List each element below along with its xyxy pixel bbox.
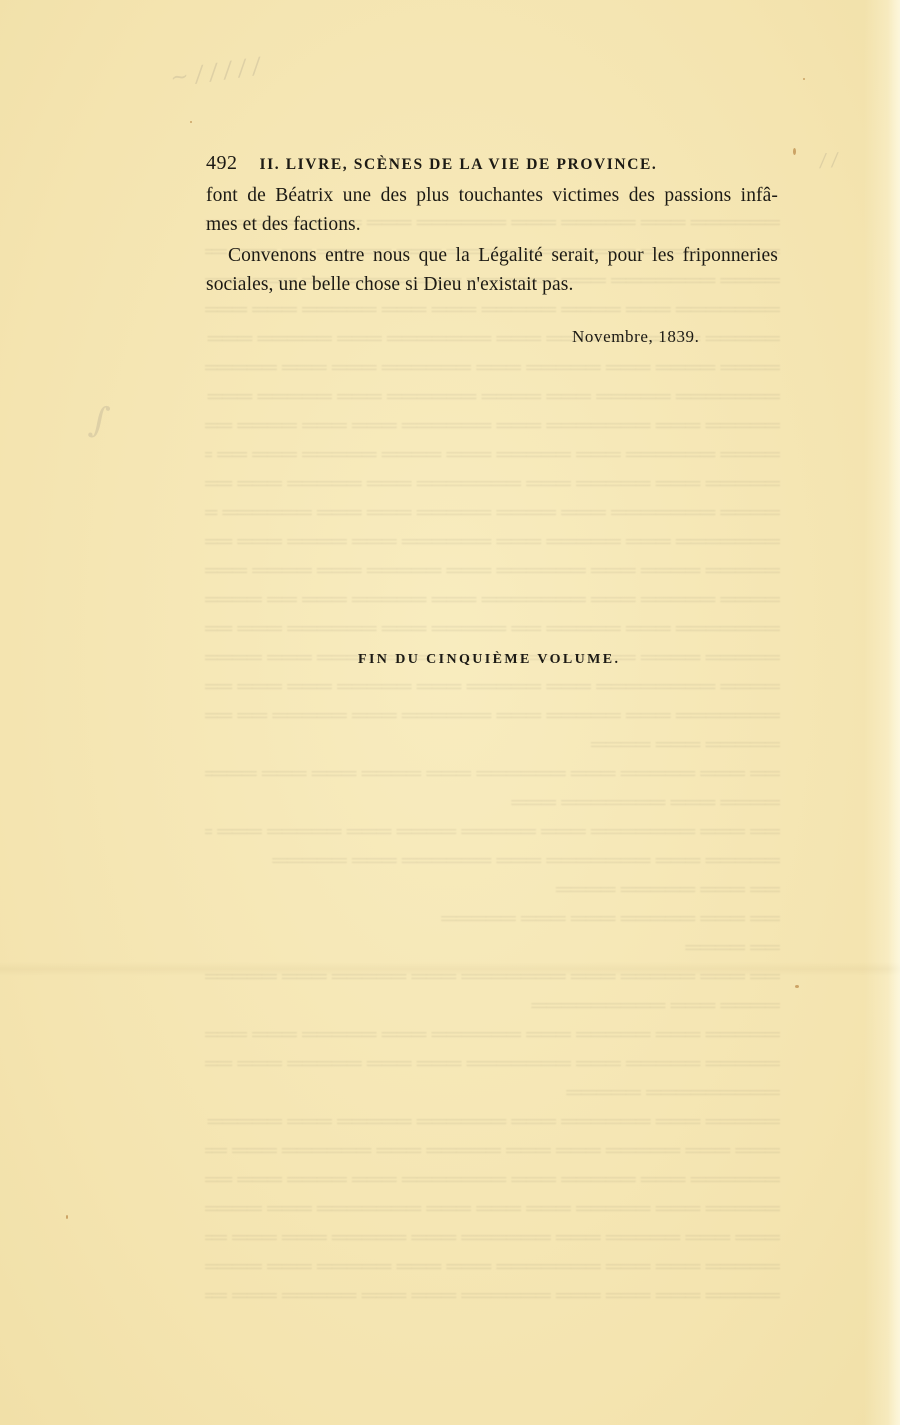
running-head: 492 II. LIVRE, SCÈNES DE LA VIE DE PROVI… xyxy=(206,152,781,175)
page-fold-line xyxy=(0,962,900,976)
paper-speck xyxy=(795,985,799,988)
dateline: Novembre, 1839. xyxy=(572,327,700,347)
paper-speck xyxy=(190,121,192,123)
paragraph: font de Béatrix une des plus touchantes … xyxy=(206,181,778,239)
text-line: Convenons entre nous que la Légalité ser… xyxy=(206,241,778,270)
text-line: mes et des factions. xyxy=(206,210,778,239)
body-text: font de Béatrix une des plus touchantes … xyxy=(206,181,778,299)
paper-speck xyxy=(803,78,805,80)
text-line: font de Béatrix une des plus touchantes … xyxy=(206,181,778,210)
running-head-title: II. LIVRE, SCÈNES DE LA VIE DE PROVINCE. xyxy=(260,156,658,174)
paragraph: Convenons entre nous que la Légalité ser… xyxy=(206,241,778,299)
paper-speck xyxy=(66,1215,68,1219)
text-line: sociales, une belle chose si Dieu n'exis… xyxy=(206,270,778,299)
paper-speck xyxy=(793,148,796,155)
end-of-volume-note: FIN DU CINQUIÈME VOLUME. xyxy=(358,652,620,668)
page-number: 492 xyxy=(206,152,238,175)
page-edge xyxy=(888,0,900,1425)
